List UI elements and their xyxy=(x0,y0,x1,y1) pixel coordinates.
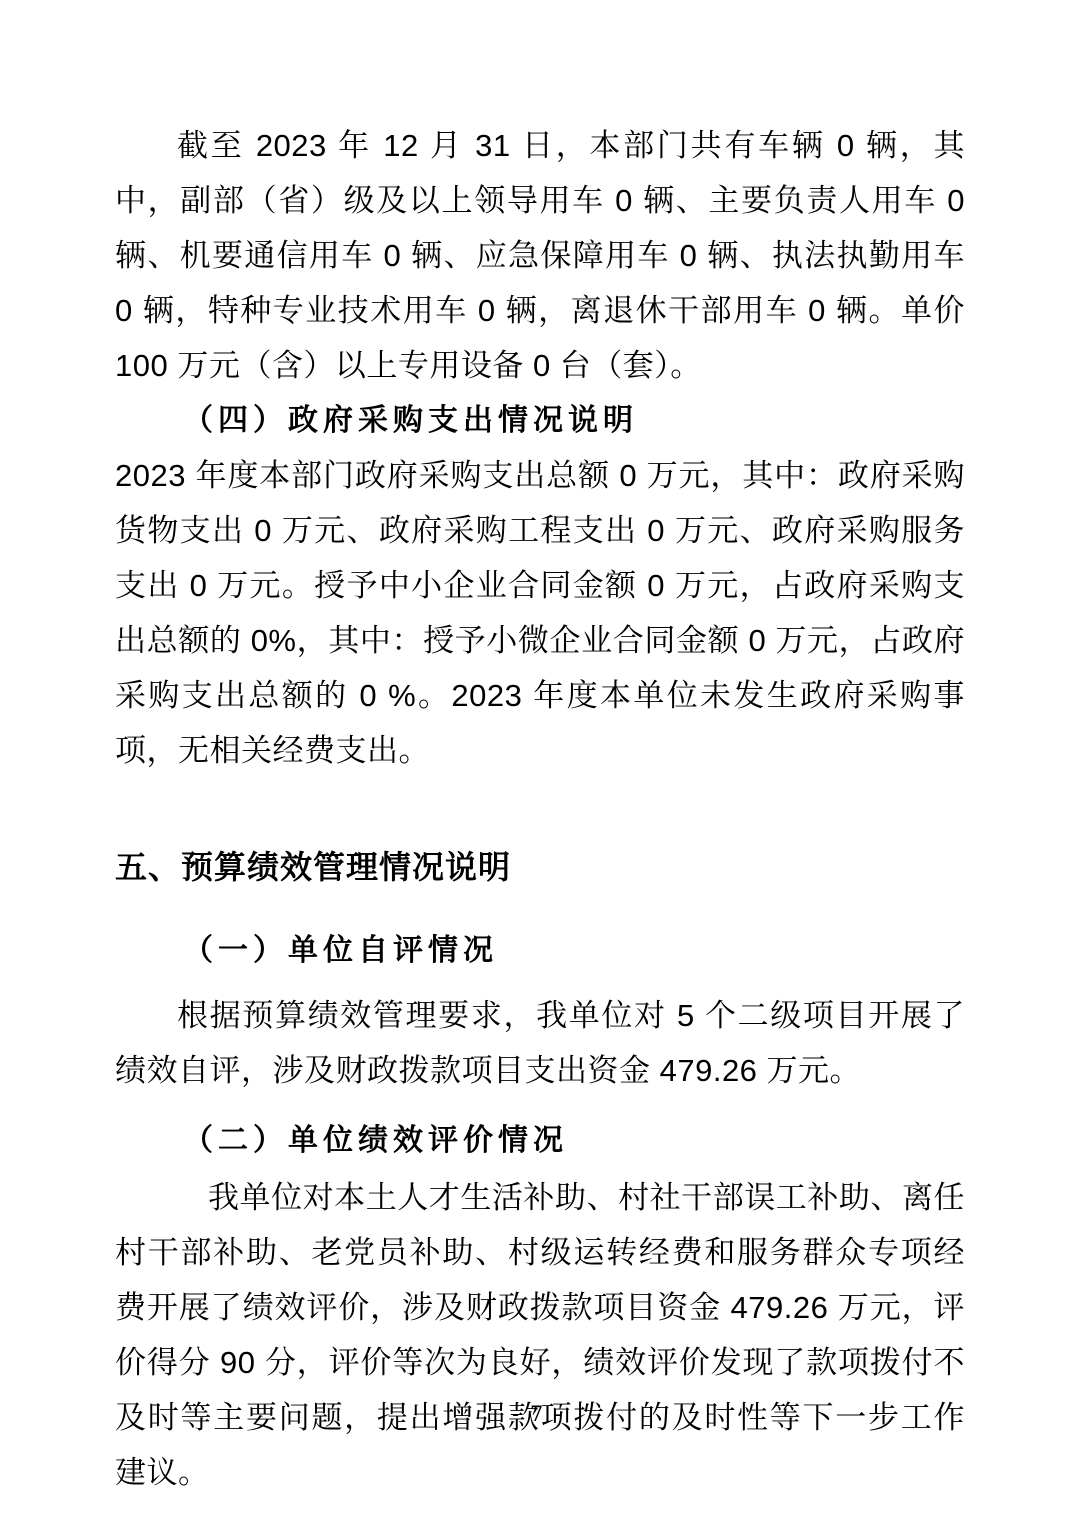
page-number: - 7 - xyxy=(0,1400,1075,1428)
heading-procurement-section: （四）政府采购支出情况说明 xyxy=(115,393,965,448)
paragraph-performance-evaluation: 我单位对本土人才生活补助、村社干部误工补助、离任村干部补助、老党员补助、村级运转… xyxy=(115,1170,965,1500)
paragraph-procurement-summary: 2023 年度本部门政府采购支出总额 0 万元，其中：政府采购货物支出 0 万元… xyxy=(115,448,965,778)
paragraph-vehicle-summary: 截至 2023 年 12 月 31 日，本部门共有车辆 0 辆，其中，副部（省）… xyxy=(115,118,965,393)
heading-self-evaluation: （一）单位自评情况 xyxy=(115,923,965,978)
heading-section-five: 五、预算绩效管理情况说明 xyxy=(115,840,965,895)
paragraph-self-evaluation: 根据预算绩效管理要求，我单位对 5 个二级项目开展了绩效自评，涉及财政拨款项目支… xyxy=(115,988,965,1098)
heading-performance-evaluation: （二）单位绩效评价情况 xyxy=(115,1113,965,1168)
document-page: 截至 2023 年 12 月 31 日，本部门共有车辆 0 辆，其中，副部（省）… xyxy=(0,0,1075,1520)
